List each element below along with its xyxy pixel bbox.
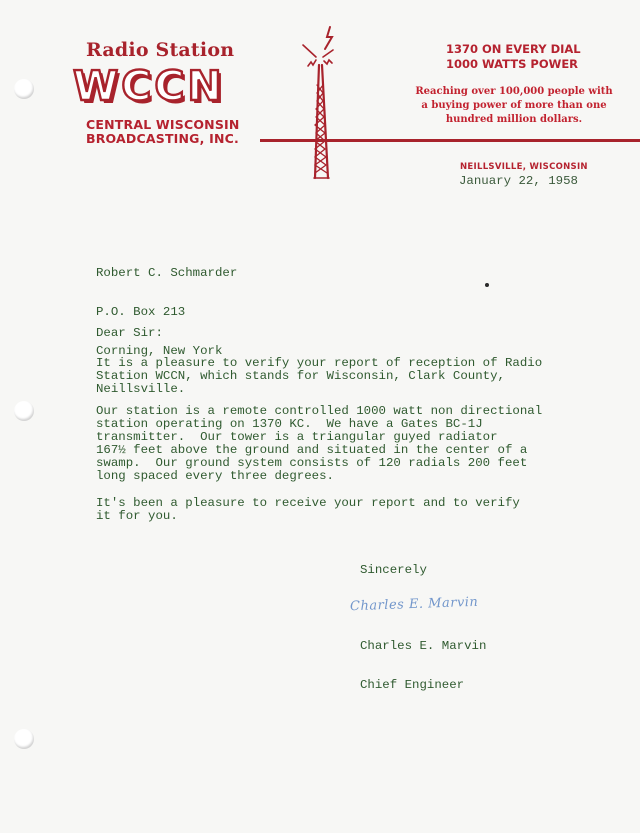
recipient-address-line-1: P.O. Box 213: [96, 306, 237, 319]
power-line: 1000 WATTS POWER: [446, 57, 616, 72]
recipient-name: Robert C. Schmarder: [96, 267, 237, 280]
salutation: Dear Sir:: [96, 327, 163, 340]
radio-tower-icon: [290, 25, 350, 185]
letterhead-radio-station: Radio Station: [86, 39, 234, 61]
frequency-line: 1370 ON EVERY DIAL: [446, 42, 616, 57]
letterhead-company: CENTRAL WISCONSIN BROADCASTING, INC.: [86, 118, 240, 146]
body-paragraph: Our station is a remote controlled 1000 …: [96, 405, 542, 483]
letterhead-frequency-block: 1370 ON EVERY DIAL 1000 WATTS POWER: [446, 42, 616, 72]
letter-page: Radio Station WCCN CENTRAL WISCONSIN BRO…: [0, 0, 640, 833]
handwritten-signature: Charles E. Marvin: [350, 595, 479, 614]
paper-speck: [485, 283, 489, 287]
closing: Sincerely: [360, 564, 427, 577]
punch-hole: [14, 729, 34, 749]
reach-line-1: Reaching over 100,000 people with: [414, 85, 614, 99]
letterhead-rule: [260, 139, 640, 142]
reach-line-2: a buying power of more than one: [414, 99, 614, 113]
company-line-1: CENTRAL WISCONSIN: [86, 118, 240, 132]
signer-name: Charles E. Marvin: [360, 640, 486, 653]
letterhead-city: NEILLSVILLE, WISCONSIN: [460, 162, 588, 172]
letter-date: January 22, 1958: [459, 175, 578, 188]
signer-title: Chief Engineer: [360, 679, 486, 692]
company-line-2: BROADCASTING, INC.: [86, 132, 240, 146]
letterhead-call-letters: WCCN: [73, 62, 225, 110]
body-paragraph: It is a pleasure to verify your report o…: [96, 357, 542, 396]
body-paragraph: It's been a pleasure to receive your rep…: [96, 497, 520, 523]
signer-block: Charles E. Marvin Chief Engineer: [360, 614, 486, 718]
punch-hole: [14, 79, 34, 99]
reach-line-3: hundred million dollars.: [414, 113, 614, 127]
punch-hole: [14, 401, 34, 421]
letterhead-reach-block: Reaching over 100,000 people with a buyi…: [414, 85, 614, 127]
